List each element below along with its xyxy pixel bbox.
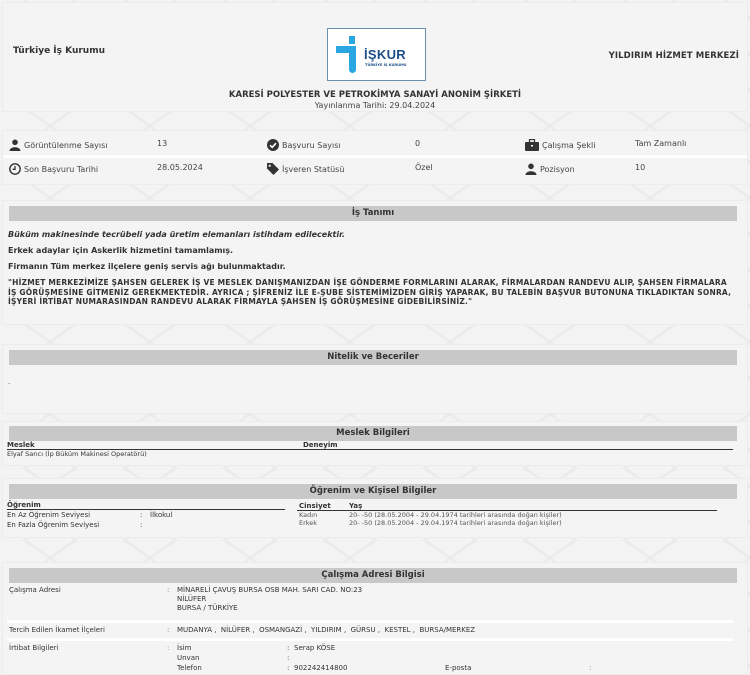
stat-value: 10 [635, 163, 645, 172]
address-value: MİNARELİ ÇAVUŞ BURSA OSB MAH. SARI CAD. … [177, 586, 362, 613]
separator: : [140, 521, 142, 529]
address-line: MİNARELİ ÇAVUŞ BURSA OSB MAH. SARI CAD. … [177, 586, 362, 595]
check-circle-icon [267, 139, 279, 151]
clock-icon [9, 163, 21, 175]
separator: : [287, 644, 289, 652]
address-section: Çalışma Adresi Bilgisi Çalışma Adresi : … [2, 562, 748, 675]
occupation-name: Elyaf Sarıcı (İp Büküm Makinesi Operatör… [7, 450, 147, 458]
contact-label: İrtibat Bilgileri [9, 644, 59, 652]
age-range: 20- -50 (28.05.2004 - 29.04.1974 tarihle… [349, 511, 562, 519]
edu-label: En Az Öğrenim Seviyesi [7, 511, 90, 519]
address-line: BURSA / TÜRKİYE [177, 604, 362, 613]
section-title: Nitelik ve Beceriler [9, 350, 737, 365]
stat-label: Pozisyon [540, 165, 575, 174]
stat-value: Özel [415, 163, 433, 172]
stat-label: Son Başvuru Tarihi [24, 165, 98, 174]
stats-panel: Görüntülenme Sayısı 13 Başvuru Sayısı 0 … [2, 130, 748, 185]
published-date: Yayınlanma Tarihi: 29.04.2024 [3, 101, 747, 110]
job-description-section: İş Tanımı Büküm makinesinde tecrübeli ya… [2, 200, 748, 325]
personal-header: Cinsiyet Yaş [297, 502, 717, 511]
briefcase-icon [525, 139, 539, 151]
contact-phone-label: Telefon [177, 664, 202, 672]
application-notice: "HİZMET MERKEZİMİZE ŞAHSEN GELEREK İŞ VE… [8, 278, 733, 307]
section-title: İş Tanımı [9, 206, 737, 221]
section-title: Meslek Bilgileri [9, 426, 737, 441]
stat-label: Başvuru Sayısı [282, 141, 341, 150]
contact-name-label: İsim [177, 644, 191, 652]
stat-label: Çalışma Şekli [542, 141, 595, 150]
stat-work-type: Çalışma Şekli [525, 139, 595, 151]
stat-label: İşveren Statüsü [282, 165, 344, 174]
separator: : [287, 654, 289, 662]
edu-label: En Fazla Öğrenim Seviyesi [7, 521, 99, 529]
contact-row: İrtibat Bilgileri : İsim : Serap KÖSE Un… [7, 641, 733, 673]
job-line: Büküm makinesinde tecrübeli yada üretim … [8, 230, 747, 239]
organization-name: Türkiye İş Kurumu [13, 46, 105, 56]
stats-row: Görüntülenme Sayısı 13 Başvuru Sayısı 0 … [3, 134, 747, 158]
age-range: 20- -50 (28.05.2004 - 29.04.1974 tarihle… [349, 519, 562, 527]
stat-views: Görüntülenme Sayısı [9, 139, 108, 151]
education-section: Öğrenim ve Kişisel Bilgiler Öğrenim En A… [2, 478, 748, 538]
stats-row: Son Başvuru Tarihi 28.05.2024 İşveren St… [3, 158, 747, 182]
districts-value: MUDANYA , NİLÜFER , OSMANGAZİ , YILDIRIM… [177, 626, 475, 634]
column-header: Meslek [7, 441, 35, 449]
user-icon [525, 163, 537, 175]
iskur-logo: İŞKUR TÜRKİYE İŞ KURUMU [327, 28, 426, 81]
gender: Kadın [299, 511, 317, 519]
districts-row: Tercih Edilen İkamet İlçeleri : MUDANYA … [7, 623, 733, 638]
occupation-section: Meslek Bilgileri Meslek Deneyim Elyaf Sa… [2, 421, 748, 466]
separator: : [140, 511, 142, 519]
separator: : [167, 626, 169, 634]
section-title: Çalışma Adresi Bilgisi [9, 568, 737, 583]
table-row: En Az Öğrenim Seviyesi : İlkokul [7, 510, 285, 520]
stat-last-application: Son Başvuru Tarihi [9, 163, 98, 175]
work-address-row: Çalışma Adresi : MİNARELİ ÇAVUŞ BURSA OS… [7, 583, 733, 620]
stat-label: Görüntülenme Sayısı [24, 141, 108, 150]
service-center-name: YILDIRIM HİZMET MERKEZİ [609, 51, 739, 61]
stat-value: 28.05.2024 [157, 163, 203, 172]
stat-value: 13 [157, 139, 167, 148]
logo-stem-icon [349, 46, 356, 73]
logo-subtitle: TÜRKİYE İŞ KURUMU [365, 63, 407, 67]
stat-employer-status: İşveren Statüsü [267, 163, 344, 175]
stat-value: Tam Zamanlı [635, 139, 686, 148]
edu-value: İlkokul [150, 511, 172, 519]
address-line: NİLÜFER [177, 595, 362, 604]
gender: Erkek [299, 519, 317, 527]
user-icon [9, 139, 21, 151]
contact-phone[interactable]: 902242414800 [294, 664, 347, 672]
stat-positions: Pozisyon [525, 163, 575, 175]
contact-email-label: E-posta [445, 664, 471, 672]
districts-label: Tercih Edilen İkamet İlçeleri [9, 626, 105, 634]
stat-applications: Başvuru Sayısı [267, 139, 341, 151]
job-line: Erkek adaylar için Askerlik hizmetini ta… [8, 246, 747, 255]
job-line: Firmanın Tüm merkez ilçelere geniş servi… [8, 262, 747, 271]
column-header: Yaş [349, 502, 362, 510]
skills-section: Nitelik ve Beceriler . [2, 344, 748, 414]
separator: : [167, 586, 169, 594]
contact-title-label: Unvan [177, 654, 199, 662]
company-name: KARESİ POLYESTER VE PETROKİMYA SANAYİ AN… [3, 90, 747, 100]
header-panel: Türkiye İş Kurumu İŞKUR TÜRKİYE İŞ KURUM… [2, 2, 748, 112]
logo-brand: İŞKUR [364, 47, 406, 62]
table-row: Kadın 20- -50 (28.05.2004 - 29.04.1974 t… [297, 511, 717, 519]
separator: : [167, 644, 169, 652]
section-title: Öğrenim ve Kişisel Bilgiler [9, 484, 737, 499]
address-label: Çalışma Adresi [9, 586, 61, 594]
skills-content: . [8, 378, 747, 386]
education-table: Öğrenim En Az Öğrenim Seviyesi : İlkokul… [7, 501, 285, 530]
table-row: Elyaf Sarıcı (İp Büküm Makinesi Operatör… [7, 450, 733, 459]
occupation-header: Meslek Deneyim [7, 441, 733, 450]
personal-table: Cinsiyet Yaş Kadın 20- -50 (28.05.2004 -… [297, 502, 717, 527]
contact-name: Serap KÖSE [294, 644, 335, 652]
tag-icon [267, 163, 279, 175]
column-header: Deneyim [303, 441, 338, 449]
column-header: Cinsiyet [299, 502, 331, 510]
logo-dot-icon [349, 36, 355, 44]
separator: : [287, 664, 289, 672]
separator: : [589, 664, 591, 672]
column-header: Öğrenim [7, 501, 285, 510]
table-row: En Fazla Öğrenim Seviyesi : [7, 520, 285, 530]
table-row: Erkek 20- -50 (28.05.2004 - 29.04.1974 t… [297, 519, 717, 527]
stat-value: 0 [415, 139, 420, 148]
